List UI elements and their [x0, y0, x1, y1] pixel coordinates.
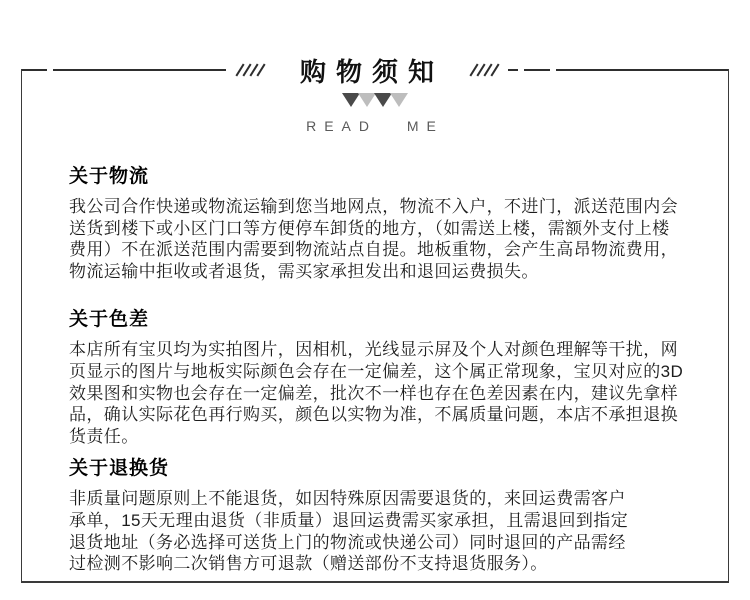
section-body: 我公司合作快递或物流运输到您当地网点，物流不入户，不进门，派送范围内会 送货到楼… [69, 196, 692, 282]
section-body: 本店所有宝贝均为实拍图片，因相机，光线显示屏及个人对颜色理解等干扰，网 页显示的… [69, 339, 692, 447]
notice-frame: READ ME 关于物流 我公司合作快递或物流运输到您当地网点，物流不入户，不进… [21, 69, 729, 583]
section-heading: 关于退换货 [69, 457, 692, 480]
section-returns: 关于退换货 非质量问题原则上不能退货，如因特殊原因需要退货的，来回运费需客户 承… [69, 457, 692, 574]
triangle-divider [22, 93, 728, 107]
triangle-down-icon [390, 93, 408, 107]
section-heading: 关于物流 [69, 165, 692, 188]
section-body: 非质量问题原则上不能退货，如因特殊原因需要退货的，来回运费需客户 承单，15天无… [69, 488, 692, 574]
section-heading: 关于色差 [69, 308, 692, 331]
notice-content: 关于物流 我公司合作快递或物流运输到您当地网点，物流不入户，不进门，派送范围内会… [22, 165, 728, 575]
section-logistics: 关于物流 我公司合作快递或物流运输到您当地网点，物流不入户，不进门，派送范围内会… [69, 165, 692, 282]
section-color-difference: 关于色差 本店所有宝贝均为实拍图片，因相机，光线显示屏及个人对颜色理解等干扰，网… [69, 308, 692, 447]
read-me-subtitle: READ ME [22, 118, 728, 134]
